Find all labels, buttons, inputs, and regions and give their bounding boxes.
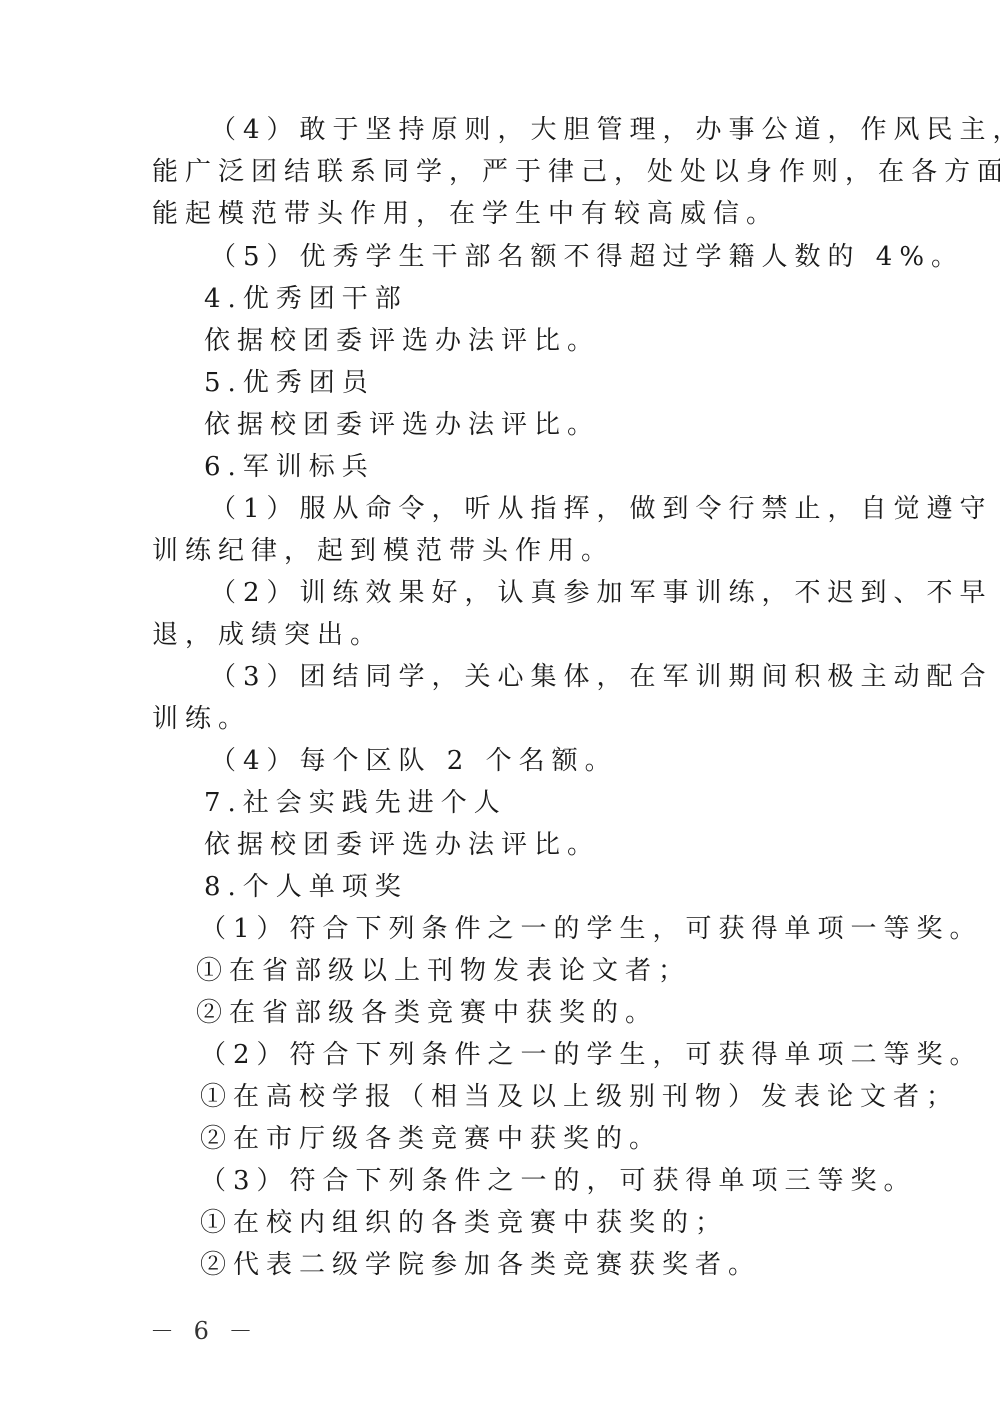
text-line: 能广泛团结联系同学，严于律己，处处以身作则，在各方面: [152, 151, 1000, 193]
text-line: 依据校团委评选办法评比。: [204, 320, 600, 362]
text-line: 6.军训标兵: [204, 446, 375, 488]
page-number: － 6 －: [150, 1311, 259, 1346]
text-line: 依据校团委评选办法评比。: [204, 404, 600, 446]
text-line: 训练。: [152, 698, 251, 740]
text-line: ②在省部级各类竞赛中获奖的。: [196, 992, 658, 1034]
text-line: （2）训练效果好，认真参加军事训练，不迟到、不早: [210, 572, 993, 614]
text-line: 依据校团委评选办法评比。: [204, 824, 600, 866]
text-line: （1）符合下列条件之一的学生，可获得单项一等奖。: [200, 908, 983, 950]
text-line: （5）优秀学生干部名额不得超过学籍人数的 4%。: [210, 236, 964, 278]
text-line: 8.个人单项奖: [204, 866, 408, 908]
text-line: ①在校内组织的各类竞赛中获奖的；: [200, 1202, 728, 1244]
text-line: （1）服从命令，听从指挥，做到令行禁止，自觉遵守: [210, 488, 993, 530]
text-line: （4）敢于坚持原则，大胆管理，办事公道，作风民主，: [210, 109, 1000, 151]
text-line: （4）每个区队 2 个名额。: [210, 740, 618, 782]
text-line: （3）符合下列条件之一的，可获得单项三等奖。: [200, 1160, 917, 1202]
text-line: ②代表二级学院参加各类竞赛获奖者。: [200, 1244, 761, 1286]
text-line: 退，成绩突出。: [152, 614, 383, 656]
document-page: （4）敢于坚持原则，大胆管理，办事公道，作风民主，能广泛团结联系同学，严于律己，…: [0, 0, 1000, 1415]
text-line: 4.优秀团干部: [204, 278, 408, 320]
text-line: ①在高校学报（相当及以上级别刊物）发表论文者；: [200, 1076, 959, 1118]
text-line: ①在省部级以上刊物发表论文者；: [196, 950, 691, 992]
text-line: 能起模范带头作用，在学生中有较高威信。: [152, 193, 779, 235]
text-line: 训练纪律，起到模范带头作用。: [152, 530, 614, 572]
text-line: 7.社会实践先进个人: [204, 782, 507, 824]
text-line: ②在市厅级各类竞赛中获奖的。: [200, 1118, 662, 1160]
text-line: 5.优秀团员: [204, 362, 375, 404]
text-line: （2）符合下列条件之一的学生，可获得单项二等奖。: [200, 1034, 983, 1076]
text-line: （3）团结同学，关心集体，在军训期间积极主动配合: [210, 656, 993, 698]
